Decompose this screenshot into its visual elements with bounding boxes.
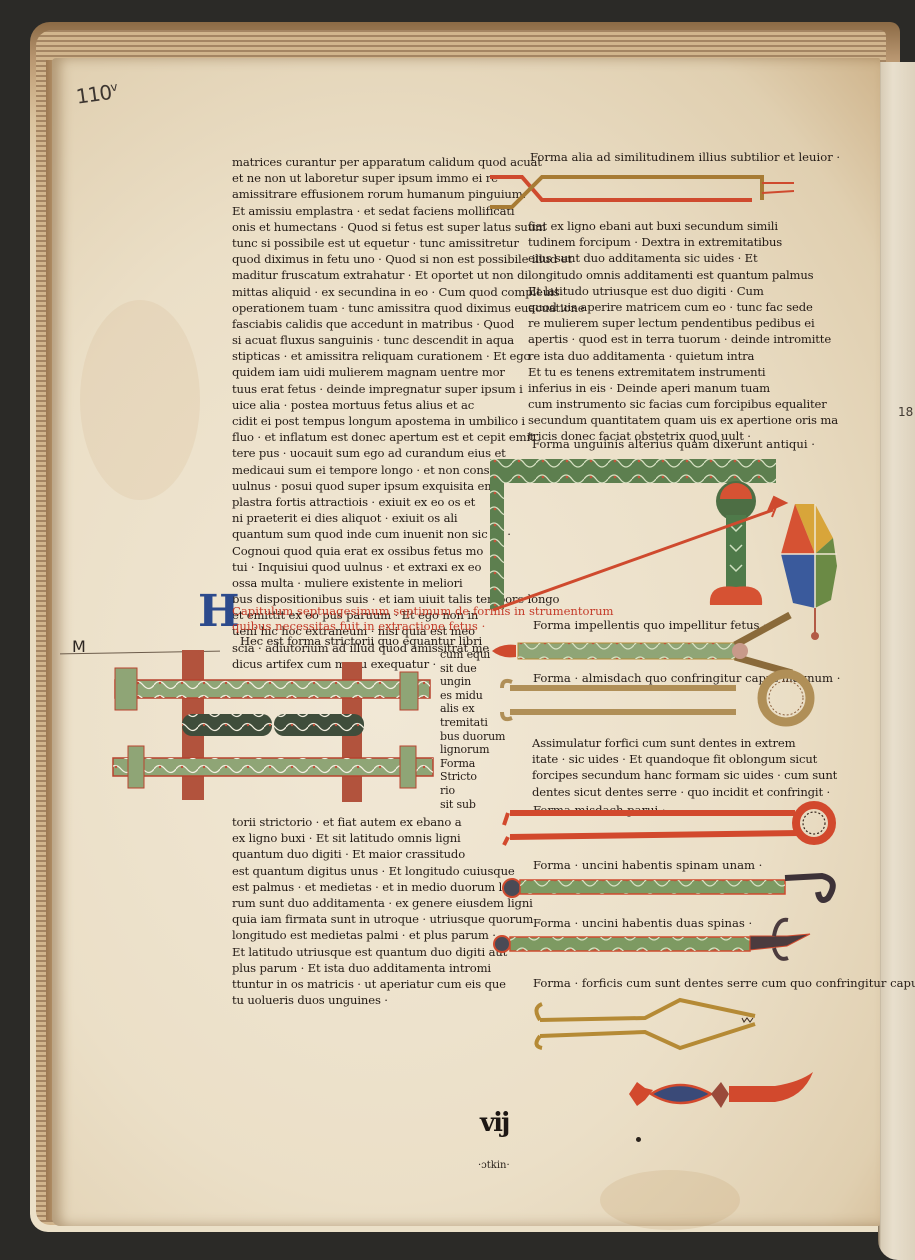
text-line: inferius in eis · Deinde aperi manum tua… xyxy=(528,380,838,396)
stain xyxy=(600,1170,740,1230)
folio-number-text: 110 xyxy=(75,80,113,109)
text-line: Stricto xyxy=(440,770,505,784)
next-leaf-number: 18 xyxy=(898,405,913,419)
text-line: apertis · quod est in terra tuorum · dei… xyxy=(528,331,838,347)
text-line: Et latitudo utriusque est duo digiti · C… xyxy=(528,283,838,299)
text-line: eius sunt duo additamenta sic uides · Et xyxy=(528,250,838,266)
text-line: ex ligno buxi · Et sit latitudo omnis li… xyxy=(232,830,533,846)
hook-one-spine-illustration xyxy=(500,858,840,908)
text-line: tu uolueris duos unguines · xyxy=(232,992,533,1008)
right-column-text-2: Assimulatur forfici cum sunt dentes in e… xyxy=(532,735,837,800)
text-line: longitudo est medietas palmi · et plus p… xyxy=(232,927,533,943)
ink-dot xyxy=(636,1137,641,1142)
caption-forceps-1: Forma alia ad similitudinem illius subti… xyxy=(530,150,840,164)
chapter-first-line: Hec est forma strictorii quo equantur li… xyxy=(240,633,482,649)
forceps-teeth-illustration xyxy=(530,996,760,1056)
text-line: Et tu es tenens extremitatem instrumenti xyxy=(528,364,838,380)
text-line: Assimulatur forfici cum sunt dentes in e… xyxy=(532,735,837,751)
text-line: fiat ex ligno ebani aut buxi secundum si… xyxy=(528,218,838,234)
text-line: rio xyxy=(440,784,505,798)
right-column-text-1: fiat ex ligno ebani aut buxi secundum si… xyxy=(528,218,838,445)
hook-two-spines-illustration xyxy=(492,912,822,967)
text-line: rum sunt duo additamenta · ex genere eiu… xyxy=(232,895,533,911)
text-line: Et latitudo utriusque est quantum duo di… xyxy=(232,944,533,960)
text-line: sit sub xyxy=(440,798,505,812)
text-line: longitudo omnis additamenti est quantum … xyxy=(528,267,838,283)
forceps-1-illustration xyxy=(482,165,802,220)
text-line: re ista duo additamenta · quietum intra xyxy=(528,348,838,364)
text-line: cum instrumento sic facias cum forcipibu… xyxy=(528,396,838,412)
knife-illustration xyxy=(625,1068,815,1113)
misdach-paruum-illustration xyxy=(500,795,840,855)
text-line: torii strictorio · et fiat autem ex eban… xyxy=(232,814,533,830)
text-line: est quantum digitus unus · Et longitudo … xyxy=(232,863,533,879)
text-line: lignorum xyxy=(440,743,505,757)
left-column-bottom-text: torii strictorio · et fiat autem ex eban… xyxy=(232,814,533,1008)
text-line: tudinem forcipum · Dextra in extremitati… xyxy=(528,234,838,250)
quire-signature: vij xyxy=(480,1108,508,1138)
text-line: Forma xyxy=(440,757,505,771)
stain xyxy=(80,300,200,500)
text-line: ttuntur in os matricis · ut aperiatur cu… xyxy=(232,976,533,992)
catchword: ·ɔtkin· xyxy=(478,1160,510,1171)
next-leaf xyxy=(878,62,915,1260)
text-line: quia iam firmata sunt in utroque · utriu… xyxy=(232,911,533,927)
misdach-magnum-illustration xyxy=(496,672,826,730)
caption-hook-stand: Forma unguinis alterius quam dixerunt an… xyxy=(532,437,815,451)
caption-forceps-teeth: Forma · forficis cum sunt dentes serre c… xyxy=(533,976,915,990)
text-line: forcipes secundum hanc formam sic uides … xyxy=(532,767,837,783)
text-line: re mulierem super lectum pendentibus ped… xyxy=(528,315,838,331)
text-line: quod uis aperire matricem cum eo · tunc … xyxy=(528,299,838,315)
strictorium-illustration xyxy=(110,650,440,805)
text-line: quantum duo digiti · Et maior crassitudo xyxy=(232,846,533,862)
text-line: est palmus · et medietas · et in medio d… xyxy=(232,879,533,895)
text-line: Hec est forma strictorii quo equantur li… xyxy=(240,633,482,649)
text-line: plus parum · Et ista duo additamenta int… xyxy=(232,960,533,976)
text-line: itate · sic uides · Et quandoque fit obl… xyxy=(532,751,837,767)
text-line: secundum quantitatem quam uis ex apertio… xyxy=(528,412,838,428)
text-line: bus duorum xyxy=(440,730,505,744)
